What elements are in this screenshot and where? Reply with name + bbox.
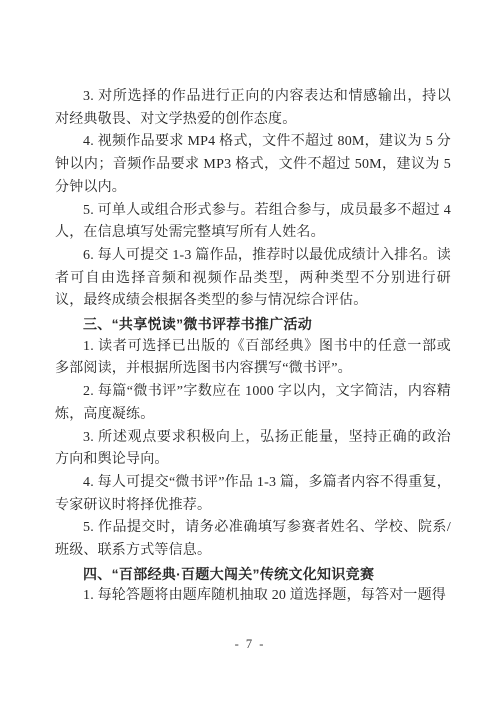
paragraph: 5. 可单人或组合形式参与。若组合参与，成员最多不超过 4 人，在信息填写处需完… [55, 200, 451, 245]
paragraph: 1. 读者可选择已出版的《百部经典》图书中的任意一部或多部阅读，并根据所选图书内… [55, 336, 451, 381]
document-body: 3. 对所选择的作品进行正向的内容表达和情感输出，持以对经典敬畏、对文学热爱的创… [55, 86, 451, 608]
paragraph: 3. 对所选择的作品进行正向的内容表达和情感输出，持以对经典敬畏、对文学热爱的创… [55, 86, 451, 131]
paragraph: 4. 每人可提交“微书评”作品 1-3 篇，多篇者内容不得重复，专家研议时将择优… [55, 472, 451, 517]
section-heading: 四、“百部经典·百题大闯关”传统文化知识竞赛 [55, 563, 451, 586]
paragraph: 5. 作品提交时，请务必准确填写参赛者姓名、学校、院系/班级、联系方式等信息。 [55, 517, 451, 562]
paragraph: 6. 每人可提交 1-3 篇作品，推荐时以最优成绩计入排名。读者可自由选择音频和… [55, 245, 451, 313]
paragraph: 2. 每篇“微书评”字数应在 1000 字以内，文字简洁，内容精炼，高度凝练。 [55, 381, 451, 426]
section-heading: 三、“共享悦读”微书评荐书推广活动 [55, 313, 451, 336]
page-number: - 7 - [0, 637, 500, 652]
document-page: 3. 对所选择的作品进行正向的内容表达和情感输出，持以对经典敬畏、对文学热爱的创… [0, 0, 500, 707]
paragraph: 1. 每轮答题将由题库随机抽取 20 道选择题，每答对一题得 [55, 585, 451, 608]
paragraph: 3. 所述观点要求积极向上，弘扬正能量，坚持正确的政治方向和舆论导向。 [55, 427, 451, 472]
paragraph: 4. 视频作品要求 MP4 格式，文件不超过 80M，建议为 5 分钟以内；音频… [55, 131, 451, 199]
